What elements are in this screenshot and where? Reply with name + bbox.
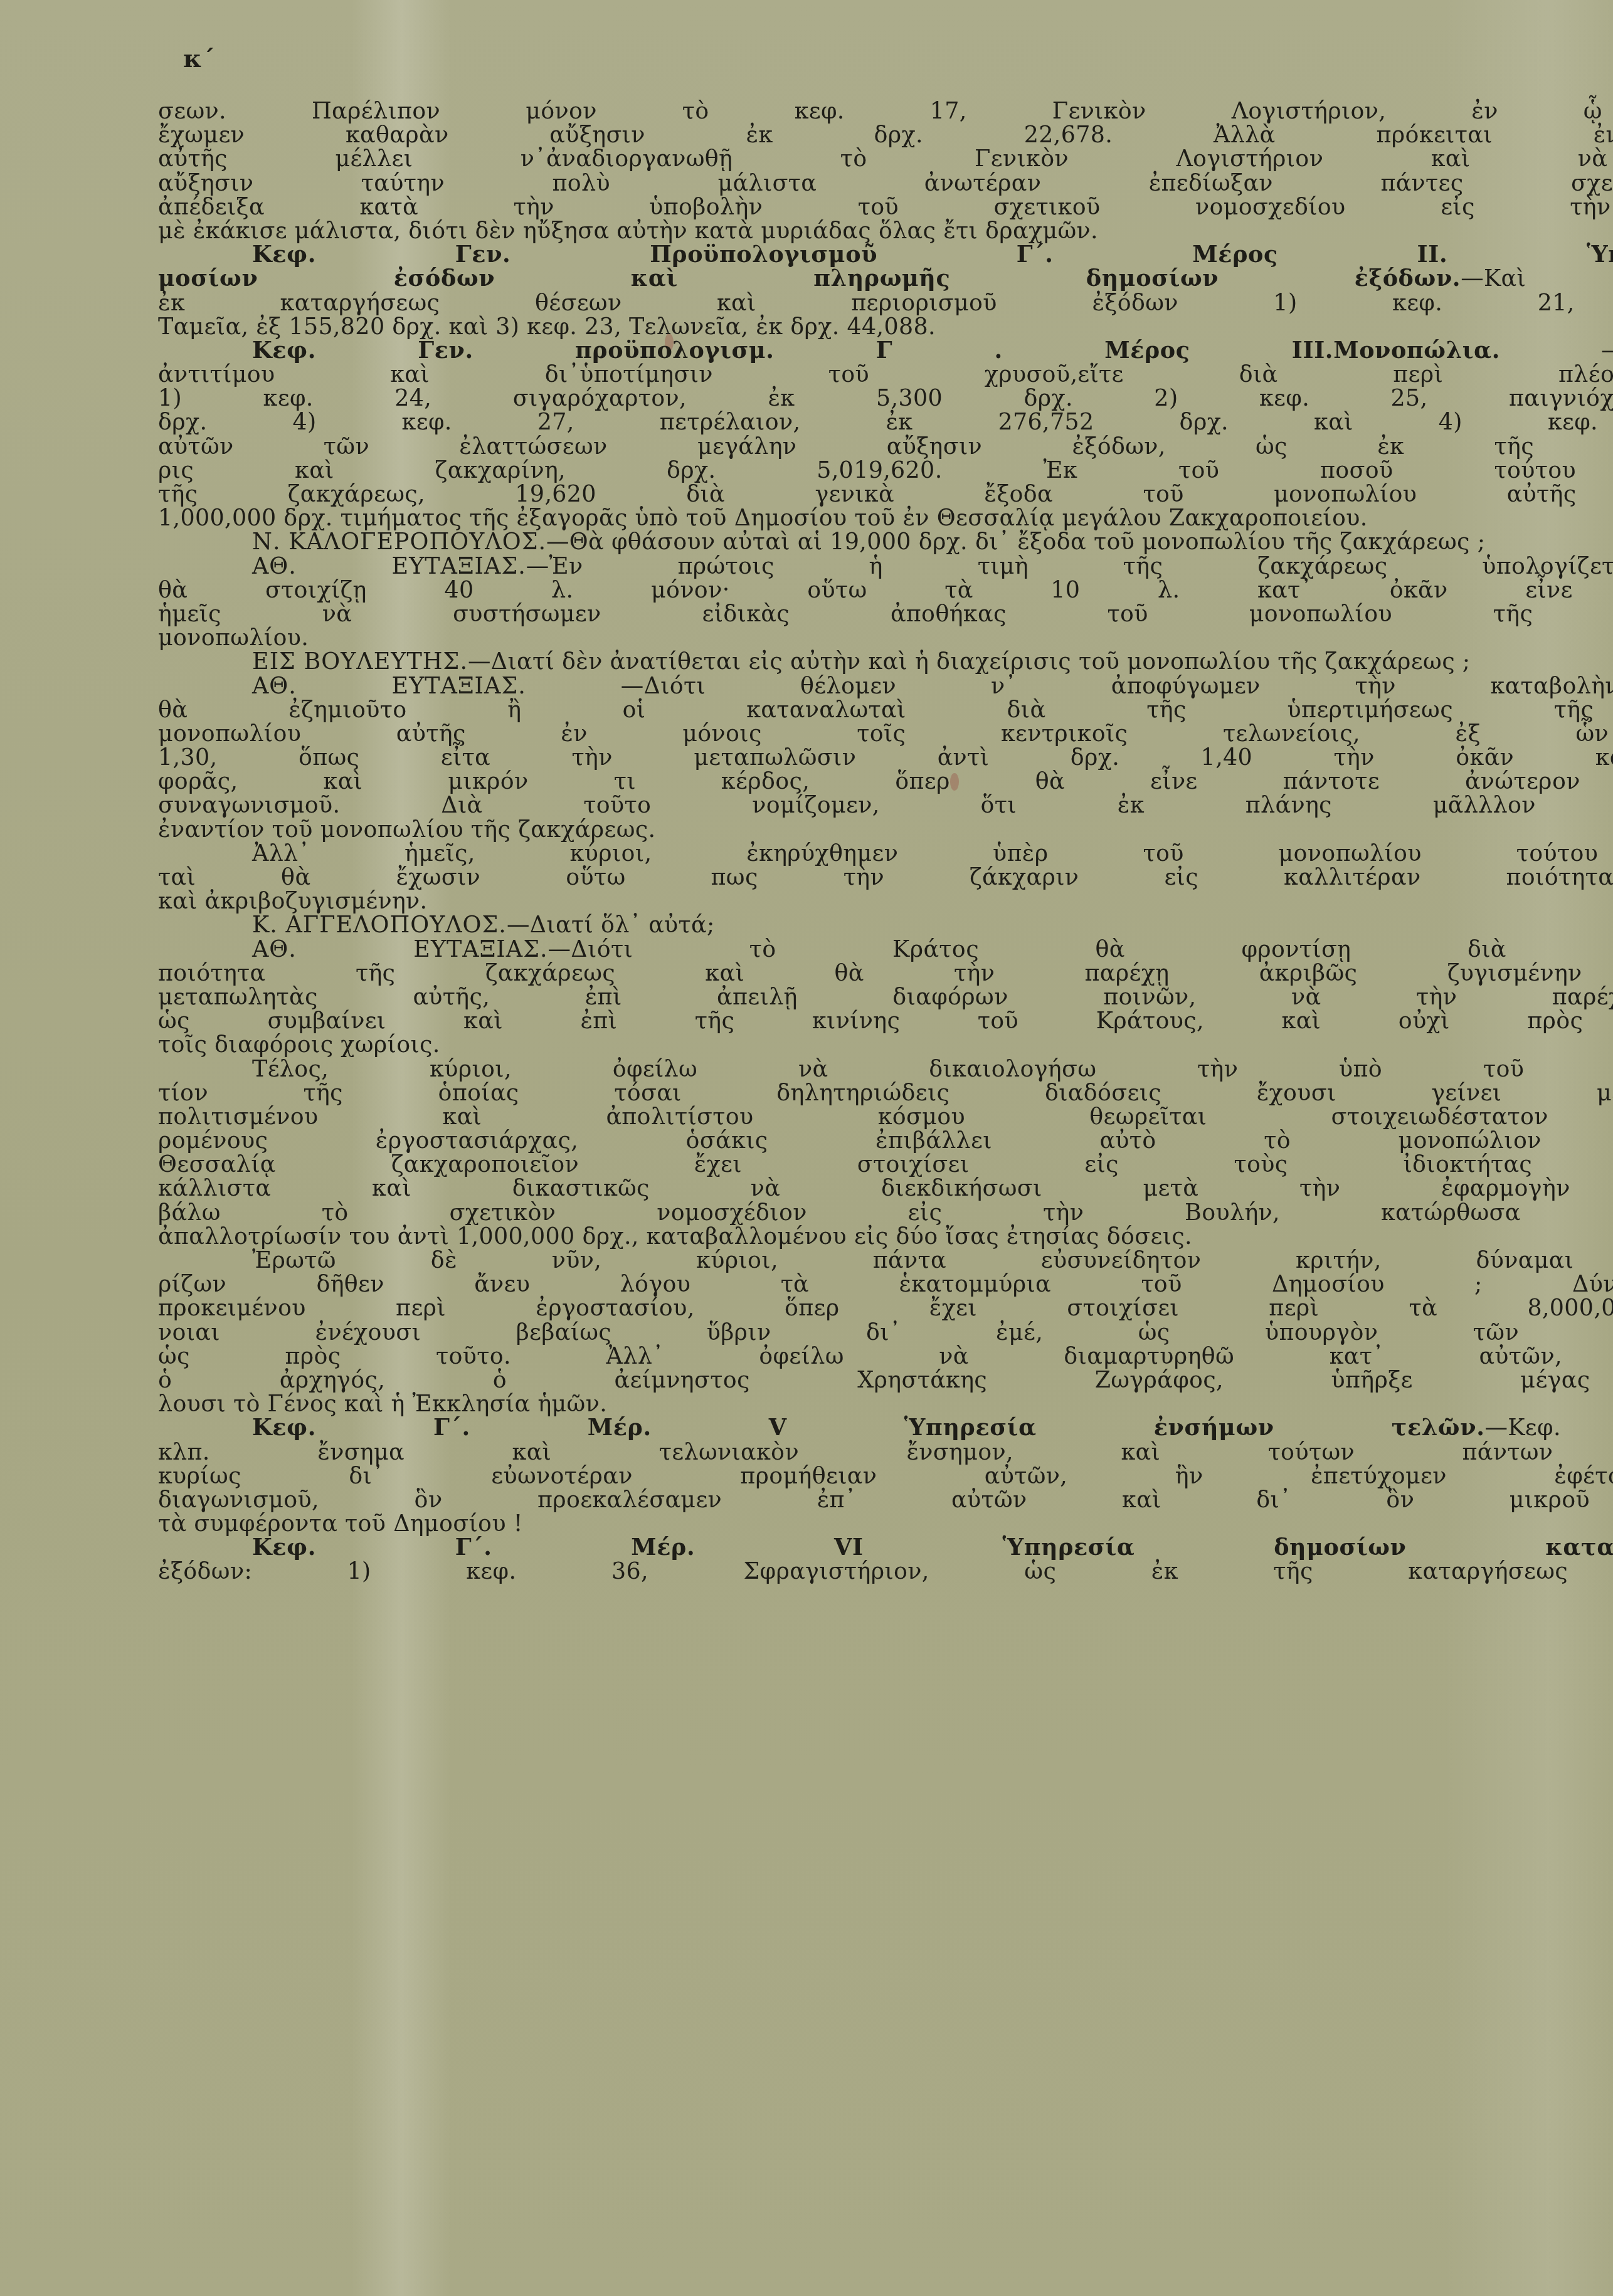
section-heading-line: Κεφ. Γεν. Προϋπολογισμοῦ Γ΄. Μέρος ΙΙ. Ὑ… [158, 243, 1560, 266]
text-line: τῆς ζακχάρεως, 19,620 διὰ γενικὰ ἔξοδα τ… [158, 482, 1560, 506]
line-text: Θεσσαλίᾳ ζακχαροποιεῖον ἔχει στοιχίσει ε… [158, 1151, 1613, 1177]
text-line: ἀπαλλοτρίωσίν του ἀντὶ 1,000,000 δρχ., κ… [158, 1224, 1560, 1248]
text-line: διαγωνισμοῦ, ὃν προεκαλέσαμεν ἐπ᾽ αὐτῶν … [158, 1488, 1560, 1512]
text-line: πολιτισμένου καὶ ἀπολιτίστου κόσμου θεωρ… [158, 1105, 1560, 1129]
text-line: 1) κεφ. 24, σιγαρόχαρτον, ἐκ 5,300 δρχ. … [158, 386, 1560, 410]
text-line: μεταπωλητὰς αὐτῆς, ἐπὶ ἀπειλῇ διαφόρων π… [158, 985, 1560, 1009]
text-line: ρις καὶ ζακχαρίνη, δρχ. 5,019,620. Ἐκ το… [158, 458, 1560, 482]
text-line: τὰ συμφέροντα τοῦ Δημοσίου ! [158, 1512, 1560, 1535]
text-line: αὔξησιν ταύτην πολὺ μάλιστα ἀνωτέραν ἐπε… [158, 171, 1560, 195]
line-text: φορᾶς, καὶ μικρόν τι κέρδος, ὅπερ θὰ εἶν… [158, 767, 1613, 794]
line-text: 1,30, ὅπως εἶτα τὴν μεταπωλῶσιν ἀντὶ δρχ… [158, 744, 1613, 771]
line-text: αὐτῆς μέλλει ν᾽ἀναδιοργανωθῇ τὸ Γενικὸν … [158, 145, 1613, 172]
section-heading-line: Κεφ. Γ΄. Μέρ. VI Ὑπηρεσία δημοσίων κατασ… [158, 1535, 1560, 1559]
line-text: ἀπαλλοτρίωσίν του ἀντὶ 1,000,000 δρχ., κ… [158, 1223, 1192, 1250]
line-text: —Διότι θέλομεν ν᾽ ἀποφύγωμεν τὴν καταβολ… [526, 672, 1613, 699]
text-line: ὡς συμβαίνει καὶ ἐπὶ τῆς κινίνης τοῦ Κρά… [158, 1009, 1560, 1033]
line-text: τῆς ζακχάρεως, 19,620 διὰ γενικὰ ἔξοδα τ… [158, 480, 1613, 507]
text-line: μὲ ἐκάκισε μάλιστα, διότι δὲν ηὔξησα αὐτ… [158, 219, 1560, 243]
line-text: Τέλος, κύριοι, ὀφείλω νὰ δικαιολογήσω τὴ… [252, 1055, 1613, 1082]
line-text: —Διότι τὸ Κράτος θὰ φροντίσῃ διὰ διεθνοῦ… [548, 935, 1613, 962]
text-line: κάλλιστα καὶ δικαστικῶς νὰ διεκδικήσωσι … [158, 1176, 1560, 1200]
line-text: αὐτῶν τῶν ἐλαττώσεων μεγάλην αὔξησιν ἐξό… [158, 433, 1613, 460]
section-heading-line: Κεφ. Γ΄. Μέρ. V Ὑπηρεσία ἐνσήμων τελῶν.—… [158, 1416, 1560, 1440]
speaker-name: ΑΘ. ΕΥΤΑΞΙΑΣ. [252, 935, 548, 962]
text-line: ἀπέδειξα κατὰ τὴν ὑποβολὴν τοῦ σχετικοῦ … [158, 195, 1560, 219]
line-text: —Ἐν πρώτοις ἡ τιμὴ τῆς ζακχάρεως ὑπολογί… [526, 552, 1613, 579]
line-text: ρομένους ἐργοστασιάρχας, ὁσάκις ἐπιβάλλε… [158, 1127, 1613, 1154]
section-heading-line: Κεφ. Γεν. προϋπολογισμ. Γ . Μέρος ΙΙΙ.Μο… [158, 339, 1560, 362]
line-text: κλπ. ἔνσημα καὶ τελωνιακὸν ἔνσημον, καὶ … [158, 1438, 1613, 1465]
text-line: φορᾶς, καὶ μικρόν τι κέρδος, ὅπερ θὰ εἶν… [158, 769, 1560, 793]
text-line: ρίζων δῆθεν ἄνευ λόγου τὰ ἑκατομμύρια το… [158, 1272, 1560, 1296]
speaker-name: ΑΘ. ΕΥΤΑΞΙΑΣ. [252, 672, 526, 699]
line-text: αὔξησιν ταύτην πολὺ μάλιστα ἀνωτέραν ἐπε… [158, 169, 1613, 196]
line-text: ἀντιτίμου καὶ δι᾽ὑποτίμησιν τοῦ χρυσοῦ,ε… [158, 361, 1613, 387]
speaker-line: Ν. ΚΑΛΟΓΕΡΟΠΟΥΛΟΣ.—Θὰ φθάσουν αὐταὶ αἱ 1… [158, 530, 1560, 554]
text-line: μονοπωλίου. [158, 626, 1560, 650]
line-text: κυρίως δι᾽ εὐωνοτέραν προμήθειαν αὐτῶν, … [158, 1462, 1613, 1489]
speaker-name: Ν. ΚΑΛΟΓΕΡΟΠΟΥΛΟΣ. [252, 528, 546, 555]
line-text: πολιτισμένου καὶ ἀπολιτίστου κόσμου θεωρ… [158, 1103, 1613, 1130]
text-line: συναγωνισμοῦ. Διὰ τοῦτο νομίζομεν, ὅτι ἐ… [158, 793, 1560, 817]
text-line: ἀντιτίμου καὶ δι᾽ὑποτίμησιν τοῦ χρυσοῦ,ε… [158, 362, 1560, 386]
speaker-line: ΑΘ. ΕΥΤΑΞΙΑΣ. —Διότι θέλομεν ν᾽ ἀποφύγωμ… [158, 674, 1560, 698]
line-text: 1,000,000 δρχ. τιμήματος τῆς ἐξαγορᾶς ὑπ… [158, 504, 1368, 531]
text-line: ποιότητα τῆς ζακχάρεως καὶ θὰ τὴν παρέχῃ… [158, 961, 1560, 985]
line-text: —Καὶ ἐνταῦθα ἔχομεν τὰς ἑξῆς καθαρὰς ἐλα… [1461, 265, 1613, 292]
text-line: αὐτῶν τῶν ἐλαττώσεων μεγάλην αὔξησιν ἐξό… [158, 434, 1560, 458]
line-text: —Κεφ. 33, 34, καὶ 35 χαρτόσημον, γραμματ… [1484, 1414, 1613, 1441]
speaker-line: ΑΘ. ΕΥΤΑΞΙΑΣ.—Διότι τὸ Κράτος θὰ φροντίσ… [158, 937, 1560, 961]
speaker-line: Κ. ΑΓΓΕΛΟΠΟΥΛΟΣ.—Διατί ὅλ᾽ αὐτά; [158, 913, 1560, 937]
text-line: Θεσσαλίᾳ ζακχαροποιεῖον ἔχει στοιχίσει ε… [158, 1152, 1560, 1176]
text-line: τοῖς διαφόροις χωρίοις. [158, 1033, 1560, 1056]
line-text: μονοπωλίου. [158, 624, 309, 651]
text-line: Τέλος, κύριοι, ὀφείλω νὰ δικαιολογήσω τὴ… [158, 1057, 1560, 1081]
text-line: θὰ στοιχίζῃ 40 λ. μόνον· οὕτω τὰ 10 λ. κ… [158, 578, 1560, 602]
line-text: ἀπέδειξα κατὰ τὴν ὑποβολὴν τοῦ σχετικοῦ … [158, 193, 1613, 220]
speaker-name: Κ. ΑΓΓΕΛΟΠΟΥΛΟΣ. [252, 911, 507, 938]
text-line: σεων. Παρέλιπον μόνον τὸ κεφ. 17, Γενικὸ… [158, 99, 1560, 123]
section-heading: μοσίων ἐσόδων καὶ πληρωμῆς δημοσίων ἐξόδ… [158, 265, 1461, 292]
line-text: ἐξόδων: 1) κεφ. 36, Σφραγιστήριον, ὡς ἐκ… [158, 1557, 1613, 1584]
line-text: Ἐρωτῶ δὲ νῦν, κύριοι, πάντα εὐσυνείδητον… [252, 1246, 1613, 1273]
section-heading: Κεφ. Γεν. προϋπολογισμ. Γ . Μέρος ΙΙΙ.Μο… [252, 337, 1500, 364]
section-heading: Κεφ. Γ΄. Μέρ. VI Ὑπηρεσία δημοσίων κατασ… [252, 1534, 1613, 1561]
text-line: αὐτῆς μέλλει ν᾽ἀναδιοργανωθῇ τὸ Γενικὸν … [158, 147, 1560, 171]
line-text: ρις καὶ ζακχαρίνη, δρχ. 5,019,620. Ἐκ το… [158, 456, 1613, 483]
section-heading: Κεφ. Γεν. Προϋπολογισμοῦ Γ΄. Μέρος ΙΙ. Ὑ… [252, 241, 1613, 268]
text-line: 1,30, ὅπως εἶτα τὴν μεταπωλῶσιν ἀντὶ δρχ… [158, 745, 1560, 769]
line-text: —Θὰ φθάσουν αὐταὶ αἱ 19,000 δρχ. δι᾽ ἔξο… [546, 528, 1485, 555]
line-text: τοῖς διαφόροις χωρίοις. [158, 1031, 440, 1058]
line-text: ἐκ καταργήσεως θέσεων καὶ περιορισμοῦ ἐξ… [158, 289, 1613, 316]
line-text: ρίζων δῆθεν ἄνευ λόγου τὰ ἑκατομμύρια το… [158, 1270, 1613, 1297]
line-text: ὡς πρὸς τοῦτο. Ἀλλ᾽ ὀφείλω νὰ διαμαρτυρη… [158, 1342, 1613, 1369]
line-text: ἡμεῖς νὰ συστήσωμεν εἰδικὰς ἀποθήκας τοῦ… [158, 600, 1613, 627]
text-line: λουσι τὸ Γένος καὶ ἡ Ἐκκλησία ἡμῶν. [158, 1392, 1560, 1416]
line-text: ποιότητα τῆς ζακχάρεως καὶ θὰ τὴν παρέχῃ… [158, 959, 1613, 986]
line-text: μὲ ἐκάκισε μάλιστα, διότι δὲν ηὔξησα αὐτ… [158, 217, 1098, 244]
text-line: ἐκ καταργήσεως θέσεων καὶ περιορισμοῦ ἐξ… [158, 291, 1560, 315]
line-text: κάλλιστα καὶ δικαστικῶς νὰ διεκδικήσωσι … [158, 1174, 1613, 1201]
text-line: προκειμένου περὶ ἐργοστασίου, ὅπερ ἔχει … [158, 1296, 1560, 1320]
text-line: κυρίως δι᾽ εὐωνοτέραν προμήθειαν αὐτῶν, … [158, 1464, 1560, 1488]
line-text: Ἀλλ᾽ ἡμεῖς, κύριοι, ἐκηρύχθημεν ὑπὲρ τοῦ… [252, 840, 1613, 866]
speaker-line: ΕΙΣ ΒΟΥΛΕΥΤΗΣ.—Διατί δὲν ἀνατίθεται εἰς … [158, 650, 1560, 673]
text-line: ἐξόδων: 1) κεφ. 36, Σφραγιστήριον, ὡς ἐκ… [158, 1559, 1560, 1583]
line-text: λουσι τὸ Γένος καὶ ἡ Ἐκκλησία ἡμῶν. [158, 1390, 607, 1417]
text-line: καὶ ἀκριβοζυγισμένην. [158, 889, 1560, 913]
text-line: ἔχωμεν καθαρὰν αὔξησιν ἐκ δρχ. 22,678. Ἀ… [158, 123, 1560, 147]
text-line: κλπ. ἔνσημα καὶ τελωνιακὸν ἔνσημον, καὶ … [158, 1440, 1560, 1464]
line-text: θὰ στοιχίζῃ 40 λ. μόνον· οὕτω τὰ 10 λ. κ… [158, 576, 1613, 603]
line-text: ἐναντίον τοῦ μονοπωλίου τῆς ζακχάρεως. [158, 816, 655, 843]
text-line: ὁ ἀρχηγός, ὁ ἀείμνηστος Χρηστάκης Ζωγράφ… [158, 1368, 1560, 1392]
text-line: Ἐρωτῶ δὲ νῦν, κύριοι, πάντα εὐσυνείδητον… [158, 1248, 1560, 1272]
text-line: θὰ ἐζημιοῦτο ἢ οἱ καταναλωταὶ διὰ τῆς ὑπ… [158, 698, 1560, 722]
text-line: ὡς πρὸς τοῦτο. Ἀλλ᾽ ὀφείλω νὰ διαμαρτυρη… [158, 1344, 1560, 1368]
line-text: ὡς συμβαίνει καὶ ἐπὶ τῆς κινίνης τοῦ Κρά… [158, 1007, 1613, 1034]
line-text: ὁ ἀρχηγός, ὁ ἀείμνηστος Χρηστάκης Ζωγράφ… [158, 1366, 1613, 1393]
text-line: ἐναντίον τοῦ μονοπωλίου τῆς ζακχάρεως. [158, 818, 1560, 841]
line-text: καὶ ἀκριβοζυγισμένην. [158, 887, 427, 914]
line-text: βάλω τὸ σχετικὸν νομοσχέδιον εἰς τὴν Βου… [158, 1199, 1613, 1226]
section-heading: Κεφ. Γ΄. Μέρ. V Ὑπηρεσία ἐνσήμων τελῶν. [252, 1414, 1484, 1441]
line-text: 1) κεφ. 24, σιγαρόχαρτον, ἐκ 5,300 δρχ. … [158, 384, 1613, 411]
line-text: σεων. Παρέλιπον μόνον τὸ κεφ. 17, Γενικὸ… [158, 97, 1613, 124]
text-line: ρομένους ἐργοστασιάρχας, ὁσάκις ἐπιβάλλε… [158, 1129, 1560, 1152]
speaker-name: ΕΙΣ ΒΟΥΛΕΥΤΗΣ. [252, 648, 468, 675]
page-number: κ΄ [183, 44, 216, 73]
line-text: συναγωνισμοῦ. Διὰ τοῦτο νομίζομεν, ὅτι ἐ… [158, 791, 1613, 818]
text-line: νοιαι ἐνέχουσι βεβαίως ὕβριν δι᾽ ἐμέ, ὡς… [158, 1320, 1560, 1344]
text-line: Ἀλλ᾽ ἡμεῖς, κύριοι, ἐκηρύχθημεν ὑπὲρ τοῦ… [158, 841, 1560, 865]
line-text: τίον τῆς ὁποίας τόσαι δηλητηριώδεις διαδ… [158, 1079, 1613, 1106]
line-text: θὰ ἐζημιοῦτο ἢ οἱ καταναλωταὶ διὰ τῆς ὑπ… [158, 696, 1613, 723]
text-line: ταὶ θὰ ἔχωσιν οὕτω πως τὴν ζάκχαριν εἰς … [158, 865, 1560, 889]
line-text: ἔχωμεν καθαρὰν αὔξησιν ἐκ δρχ. 22,678. Ἀ… [158, 121, 1613, 148]
text-line: Ταμεῖα, ἐξ 155,820 δρχ. καὶ 3) κεφ. 23, … [158, 315, 1560, 339]
text-line: δρχ. 4) κεφ. 27, πετρέλαιον, ἐκ 276,752 … [158, 410, 1560, 434]
section-heading-line: μοσίων ἐσόδων καὶ πληρωμῆς δημοσίων ἐξόδ… [158, 266, 1560, 290]
line-text: — Καὶ ἐνταῦθα ἔχομεν εἴτε δι᾽ ἔκπτωσιν τ… [1500, 337, 1613, 364]
line-text: προκειμένου περὶ ἐργοστασίου, ὅπερ ἔχει … [158, 1294, 1613, 1321]
line-text: τὰ συμφέροντα τοῦ Δημοσίου ! [158, 1510, 523, 1537]
text-line: 1,000,000 δρχ. τιμήματος τῆς ἐξαγορᾶς ὑπ… [158, 506, 1560, 530]
line-text: ταὶ θὰ ἔχωσιν οὕτω πως τὴν ζάκχαριν εἰς … [158, 863, 1613, 890]
line-text: δρχ. 4) κεφ. 27, πετρέλαιον, ἐκ 276,752 … [158, 408, 1613, 435]
text-line: ἡμεῖς νὰ συστήσωμεν εἰδικὰς ἀποθήκας τοῦ… [158, 602, 1560, 626]
text-line: τίον τῆς ὁποίας τόσαι δηλητηριώδεις διαδ… [158, 1081, 1560, 1105]
text-line: μονοπωλίου αὐτῆς ἐν μόνοις τοῖς κεντρικο… [158, 722, 1560, 745]
text-line: βάλω τὸ σχετικὸν νομοσχέδιον εἰς τὴν Βου… [158, 1201, 1560, 1224]
line-text: μονοπωλίου αὐτῆς ἐν μόνοις τοῖς κεντρικο… [158, 720, 1613, 747]
line-text: —Διατί δὲν ἀνατίθεται εἰς αὐτὴν καὶ ἡ δι… [468, 648, 1470, 675]
document-body: σεων. Παρέλιπον μόνον τὸ κεφ. 17, Γενικὸ… [158, 99, 1560, 1584]
line-text: μεταπωλητὰς αὐτῆς, ἐπὶ ἀπειλῇ διαφόρων π… [158, 983, 1613, 1010]
speaker-name: ΑΘ. ΕΥΤΑΞΙΑΣ. [252, 552, 526, 579]
line-text: —Διατί ὅλ᾽ αὐτά; [507, 911, 715, 938]
line-text: Ταμεῖα, ἐξ 155,820 δρχ. καὶ 3) κεφ. 23, … [158, 313, 936, 340]
line-text: διαγωνισμοῦ, ὃν προεκαλέσαμεν ἐπ᾽ αὐτῶν … [158, 1486, 1613, 1513]
line-text: νοιαι ἐνέχουσι βεβαίως ὕβριν δι᾽ ἐμέ, ὡς… [158, 1319, 1613, 1345]
speaker-line: ΑΘ. ΕΥΤΑΞΙΑΣ.—Ἐν πρώτοις ἡ τιμὴ τῆς ζακχ… [158, 554, 1560, 578]
